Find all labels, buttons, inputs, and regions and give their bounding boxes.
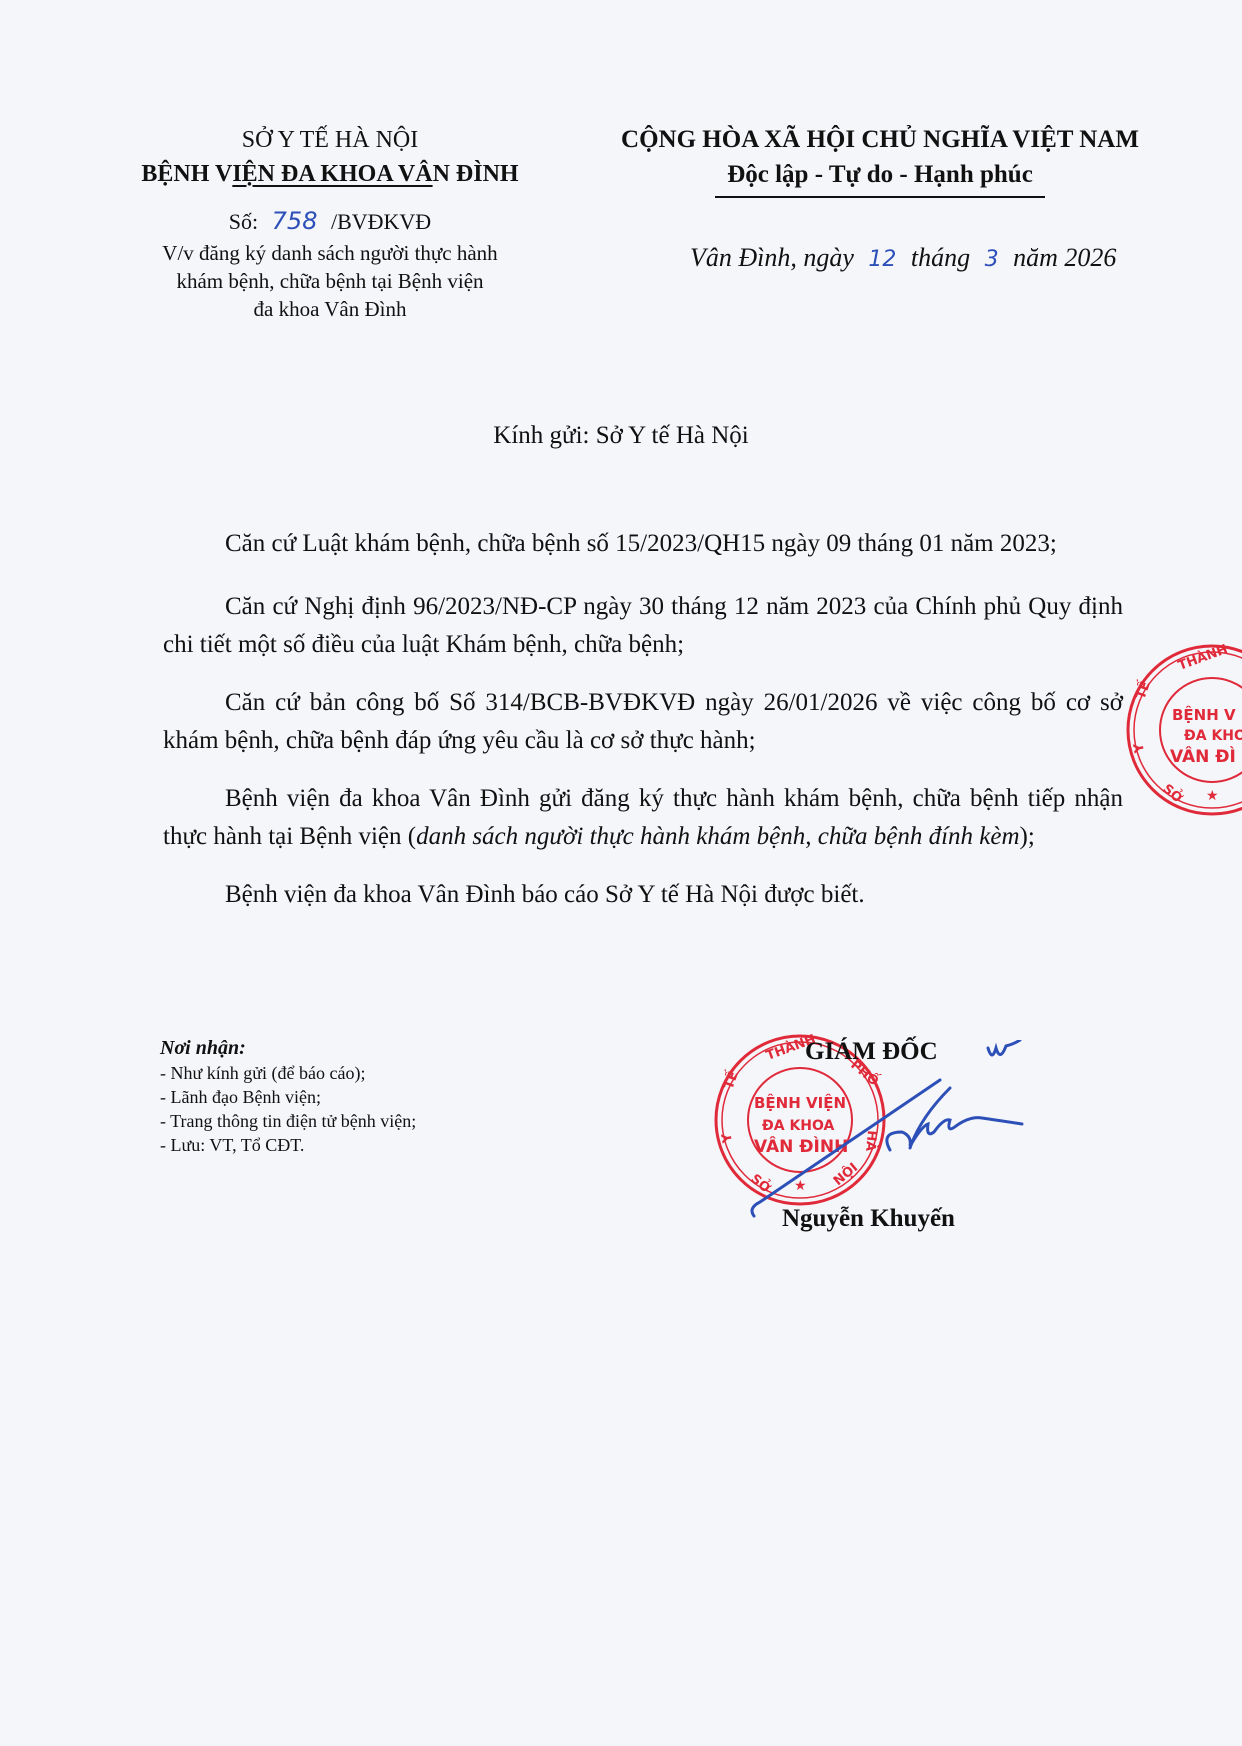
handwritten-month: 3 (977, 247, 1007, 272)
svg-text:ĐA KHO: ĐA KHO (1184, 728, 1242, 744)
paragraph-4: Bệnh viện đa khoa Vân Đình gửi đăng ký t… (163, 780, 1123, 856)
recipients-title: Nơi nhận: (160, 1035, 580, 1061)
paragraph-3: Căn cứ bản công bố Số 314/BCB-BVĐKVĐ ngà… (163, 684, 1123, 760)
addressee: Kính gửi: Sở Y tế Hà Nội (0, 422, 1242, 450)
subject-line-2: khám bệnh, chữa bệnh tại Bệnh viện (110, 267, 550, 295)
svg-text:BỆNH V: BỆNH V (1172, 704, 1236, 724)
motto: Độc lập - Tự do - Hạnh phúc (715, 158, 1045, 198)
handwritten-day: 12 (860, 247, 904, 272)
signature-icon (740, 1040, 1060, 1230)
svg-text:Y: Y (1131, 741, 1148, 754)
svg-text:VÂN ĐÌ: VÂN ĐÌ (1170, 745, 1236, 767)
header-right: CỘNG HÒA XÃ HỘI CHỦ NGHĨA VIỆT NAM Độc l… (585, 122, 1175, 198)
handwritten-number: 758 (264, 207, 326, 235)
paragraph-1: Căn cứ Luật khám bệnh, chữa bệnh số 15/2… (163, 520, 1123, 568)
svg-text:Y: Y (719, 1131, 736, 1144)
subject-line-3: đa khoa Vân Đình (110, 295, 550, 323)
letter-body: Căn cứ Luật khám bệnh, chữa bệnh số 15/2… (163, 520, 1123, 934)
stamp-partial-icon: THÀNH TẾ Y SỞ BỆNH V ĐA KHO VÂN ĐÌ ★ (1122, 640, 1242, 820)
agency-name: SỞ Y TẾ HÀ NỘI (110, 122, 550, 158)
organization-name: BỆNH VIỆN ĐA KHOA VÂN ĐÌNH (110, 158, 550, 190)
subject-line-1: V/v đăng ký danh sách người thực hành (110, 239, 550, 267)
paragraph-2: Căn cứ Nghị định 96/2023/NĐ-CP ngày 30 t… (163, 588, 1123, 664)
recipients: Nơi nhận: - Như kính gửi (để báo cáo); -… (160, 1035, 580, 1157)
document-number: Số: 758 /BVĐKVĐ (110, 204, 550, 239)
paragraph-5: Bệnh viện đa khoa Vân Đình báo cáo Sở Y … (163, 876, 1123, 914)
date-line: Vân Đình, ngày 12 tháng 3 năm 2026 (690, 243, 1116, 273)
recipient-item: - Như kính gửi (để báo cáo); (160, 1061, 580, 1085)
nation-title: CỘNG HÒA XÃ HỘI CHỦ NGHĨA VIỆT NAM (585, 122, 1175, 158)
svg-text:★: ★ (1206, 788, 1219, 804)
recipient-item: - Trang thông tin điện tử bệnh viện; (160, 1109, 580, 1133)
recipient-item: - Lưu: VT, Tổ CĐT. (160, 1133, 580, 1157)
header-left: SỞ Y TẾ HÀ NỘI BỆNH VIỆN ĐA KHOA VÂN ĐÌN… (110, 122, 550, 323)
signer-name: Nguyễn Khuyến (782, 1205, 955, 1233)
recipient-item: - Lãnh đạo Bệnh viện; (160, 1085, 580, 1109)
